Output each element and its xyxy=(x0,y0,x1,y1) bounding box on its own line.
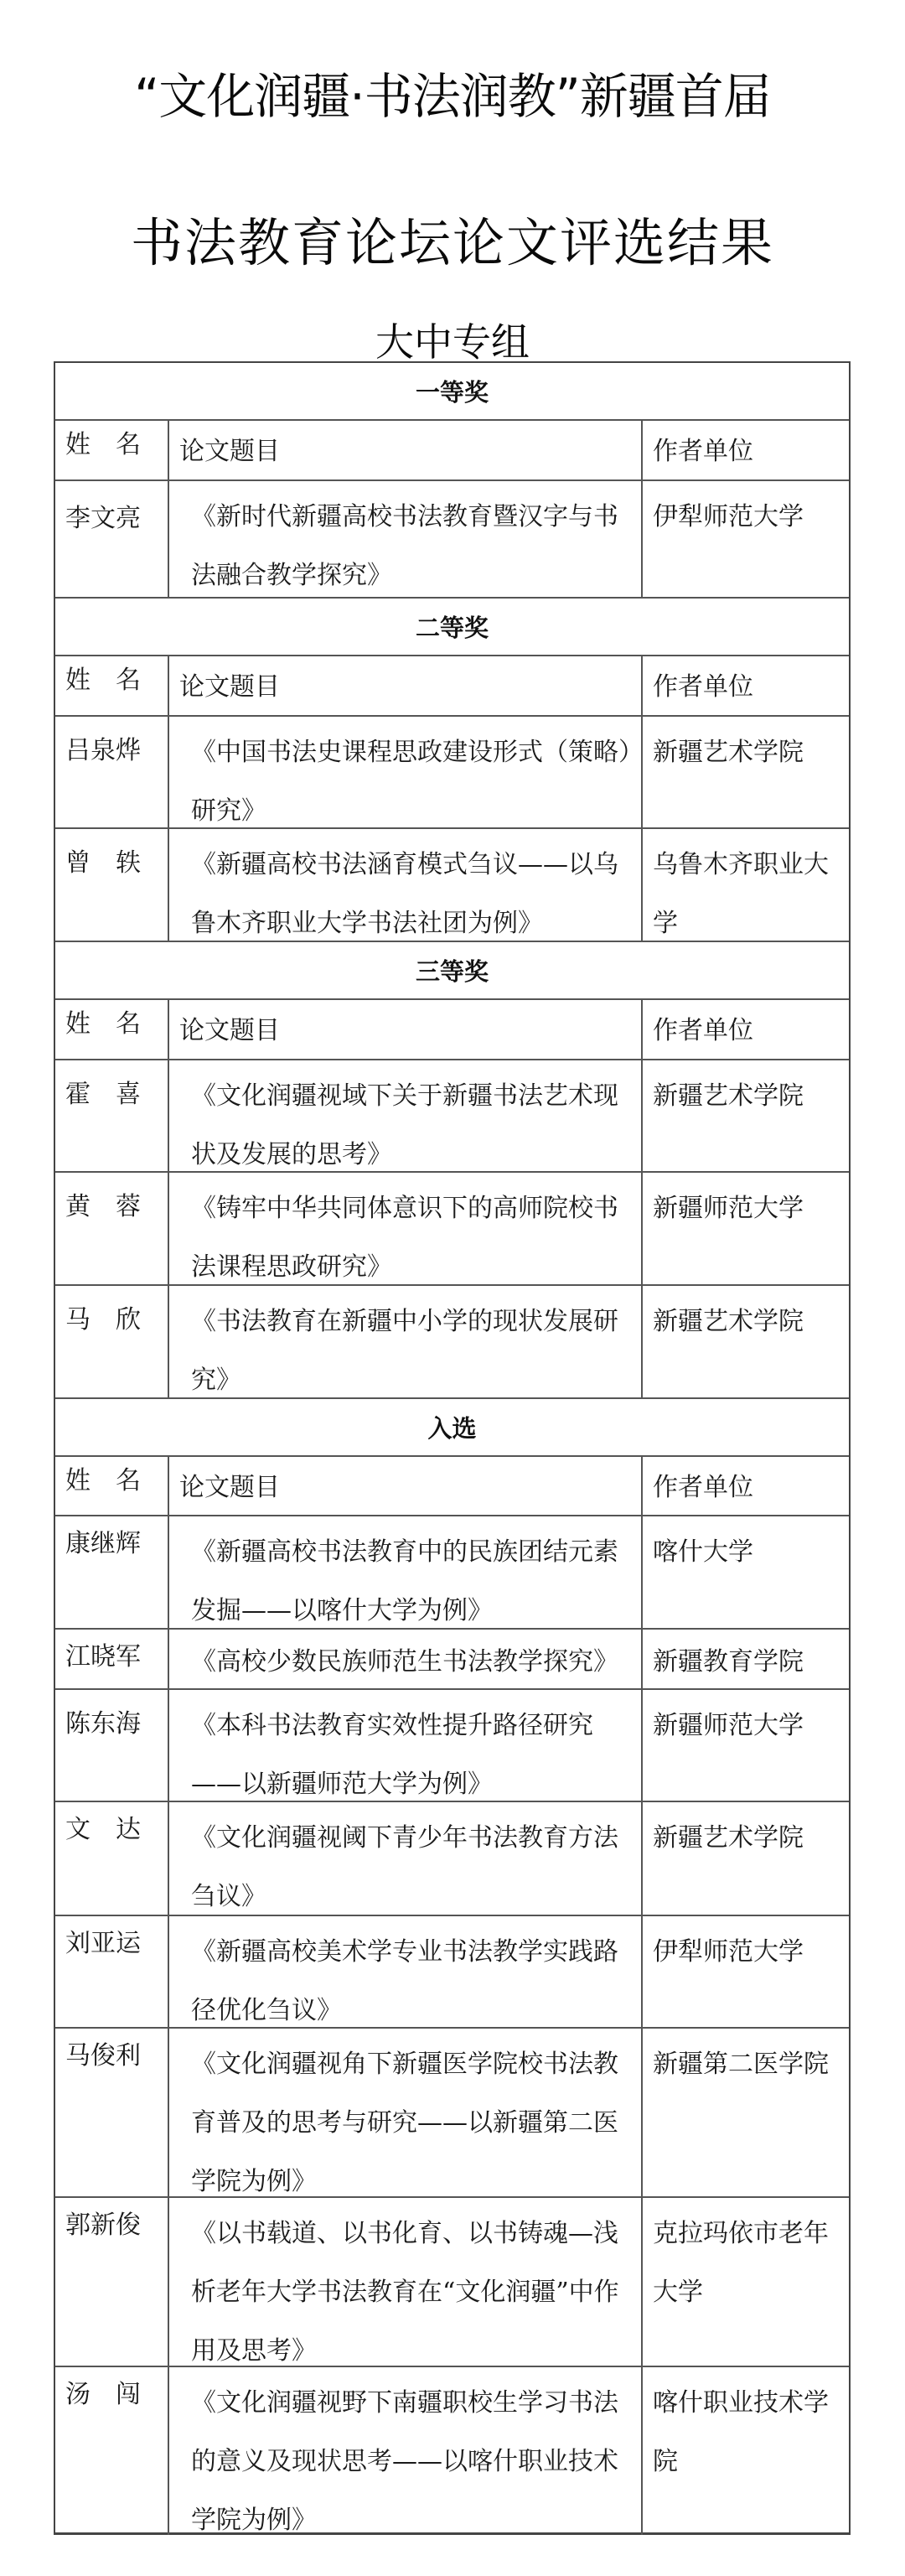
paper-title: 《新疆高校美术学专业书法教学实践路径优化刍议》 xyxy=(169,1916,643,2027)
table-row: 黄 蓉 《铸牢中华共同体意识下的高师院校书法课程思政研究》 新疆师范大学 xyxy=(55,1173,849,1286)
paper-title: 《文化润疆视角下新疆医学院校书法教育普及的思考与研究——以新疆第二医学院为例》 xyxy=(169,2029,643,2196)
author-unit: 克拉玛依市老年大学 xyxy=(643,2198,849,2366)
author-unit: 新疆第二医学院 xyxy=(643,2029,849,2196)
column-header-unit: 作者单位 xyxy=(643,421,849,479)
author-name: 文 达 xyxy=(55,1802,169,1915)
table-row: 马俊利 《文化润疆视角下新疆医学院校书法教育普及的思考与研究——以新疆第二医学院… xyxy=(55,2029,849,2198)
table-row: 霍 喜 《文化润疆视域下关于新疆书法艺术现状及发展的思考》 新疆艺术学院 xyxy=(55,1060,849,1173)
table-row: 康继辉 《新疆高校书法教育中的民族团结元素发掘——以喀什大学为例》 喀什大学 xyxy=(55,1516,849,1630)
column-header-row: 姓 名 论文题目 作者单位 xyxy=(55,1457,849,1516)
paper-title: 《本科书法教育实效性提升路径研究——以新疆师范大学为例》 xyxy=(169,1690,643,1801)
author-name: 吕泉烨 xyxy=(55,717,169,827)
table-row: 汤 闯 《文化润疆视野下南疆职校生学习书法的意义及现状思考——以喀什职业技术学院… xyxy=(55,2367,849,2535)
author-unit: 伊犁师范大学 xyxy=(643,481,849,597)
author-unit: 新疆艺术学院 xyxy=(643,1286,849,1397)
paper-title: 《文化润疆视野下南疆职校生学习书法的意义及现状思考——以喀什职业技术学院为例》 xyxy=(169,2367,643,2535)
paper-title: 《新疆高校书法教育中的民族团结元素发掘——以喀什大学为例》 xyxy=(169,1516,643,1628)
table-row: 江晓军 《高校少数民族师范生书法教学探究》 新疆教育学院 xyxy=(55,1630,849,1690)
section-header-third-prize: 三等奖 xyxy=(55,942,849,1000)
author-name: 黄 蓉 xyxy=(55,1173,169,1284)
author-unit: 喀什大学 xyxy=(643,1516,849,1628)
table-row: 陈东海 《本科书法教育实效性提升路径研究——以新疆师范大学为例》 新疆师范大学 xyxy=(55,1690,849,1802)
column-header-row: 姓 名 论文题目 作者单位 xyxy=(55,421,849,481)
paper-title: 《高校少数民族师范生书法教学探究》 xyxy=(169,1630,643,1688)
column-header-name: 姓 名 xyxy=(55,656,169,715)
table-row: 刘亚运 《新疆高校美术学专业书法教学实践路径优化刍议》 伊犁师范大学 xyxy=(55,1916,849,2029)
author-unit: 新疆艺术学院 xyxy=(643,1060,849,1171)
column-header-name: 姓 名 xyxy=(55,1457,169,1515)
author-unit: 乌鲁木齐职业大学 xyxy=(643,829,849,941)
paper-title: 《中国书法史课程思政建设形式（策略）研究》 xyxy=(169,717,643,827)
paper-title: 《书法教育在新疆中小学的现状发展研究》 xyxy=(169,1286,643,1397)
author-name: 汤 闯 xyxy=(55,2367,169,2535)
author-unit: 新疆艺术学院 xyxy=(643,717,849,827)
table-row: 吕泉烨 《中国书法史课程思政建设形式（策略）研究》 新疆艺术学院 xyxy=(55,717,849,829)
author-name: 李文亮 xyxy=(55,481,169,597)
paper-title: 《铸牢中华共同体意识下的高师院校书法课程思政研究》 xyxy=(169,1173,643,1284)
author-name: 郭新俊 xyxy=(55,2198,169,2366)
table-row: 曾 轶 《新疆高校书法涵育模式刍议——以乌鲁木齐职业大学书法社团为例》 乌鲁木齐… xyxy=(55,829,849,942)
section-header-selected: 入选 xyxy=(55,1399,849,1457)
column-header-paper: 论文题目 xyxy=(169,421,643,479)
column-header-row: 姓 名 论文题目 作者单位 xyxy=(55,656,849,717)
paper-title: 《文化润疆视域下关于新疆书法艺术现状及发展的思考》 xyxy=(169,1060,643,1171)
section-header-second-prize: 二等奖 xyxy=(55,599,849,656)
author-name: 马 欣 xyxy=(55,1286,169,1397)
table-row: 文 达 《文化润疆视阈下青少年书法教育方法刍议》 新疆艺术学院 xyxy=(55,1802,849,1916)
author-name: 曾 轶 xyxy=(55,829,169,941)
column-header-paper: 论文题目 xyxy=(169,656,643,715)
paper-title: 《文化润疆视阈下青少年书法教育方法刍议》 xyxy=(169,1802,643,1915)
author-unit: 喀什职业技术学院 xyxy=(643,2367,849,2535)
column-header-name: 姓 名 xyxy=(55,1000,169,1059)
page-title-line-1: “文化润疆·书法润教”新疆首届 xyxy=(0,57,905,127)
column-header-name: 姓 名 xyxy=(55,421,169,479)
column-header-paper: 论文题目 xyxy=(169,1000,643,1059)
author-name: 马俊利 xyxy=(55,2029,169,2196)
column-header-row: 姓 名 论文题目 作者单位 xyxy=(55,1000,849,1060)
paper-title: 《新时代新疆高校书法教育暨汉字与书法融合教学探究》 xyxy=(169,481,643,597)
column-header-paper: 论文题目 xyxy=(169,1457,643,1515)
section-header-first-prize: 一等奖 xyxy=(55,363,849,421)
author-unit: 新疆教育学院 xyxy=(643,1630,849,1688)
table-row: 马 欣 《书法教育在新疆中小学的现状发展研究》 新疆艺术学院 xyxy=(55,1286,849,1399)
author-name: 康继辉 xyxy=(55,1516,169,1628)
paper-title: 《以书载道、以书化育、以书铸魂—浅析老年大学书法教育在“文化润疆”中作用及思考》 xyxy=(169,2198,643,2366)
page-title-line-2: 书法教育论坛论文评选结果 xyxy=(0,201,905,276)
table-row: 郭新俊 《以书载道、以书化育、以书铸魂—浅析老年大学书法教育在“文化润疆”中作用… xyxy=(55,2198,849,2367)
author-unit: 新疆艺术学院 xyxy=(643,1802,849,1915)
author-unit: 新疆师范大学 xyxy=(643,1173,849,1284)
column-header-unit: 作者单位 xyxy=(643,1457,849,1515)
column-header-unit: 作者单位 xyxy=(643,1000,849,1059)
author-name: 刘亚运 xyxy=(55,1916,169,2027)
column-header-unit: 作者单位 xyxy=(643,656,849,715)
table-row: 李文亮 《新时代新疆高校书法教育暨汉字与书法融合教学探究》 伊犁师范大学 xyxy=(55,481,849,599)
author-unit: 伊犁师范大学 xyxy=(643,1916,849,2027)
author-name: 陈东海 xyxy=(55,1690,169,1801)
results-table: 一等奖 姓 名 论文题目 作者单位 李文亮 《新时代新疆高校书法教育暨汉字与书法… xyxy=(54,361,851,2535)
author-name: 霍 喜 xyxy=(55,1060,169,1171)
author-name: 江晓军 xyxy=(55,1630,169,1688)
paper-title: 《新疆高校书法涵育模式刍议——以乌鲁木齐职业大学书法社团为例》 xyxy=(169,829,643,941)
author-unit: 新疆师范大学 xyxy=(643,1690,849,1801)
group-title: 大中专组 xyxy=(0,312,905,367)
